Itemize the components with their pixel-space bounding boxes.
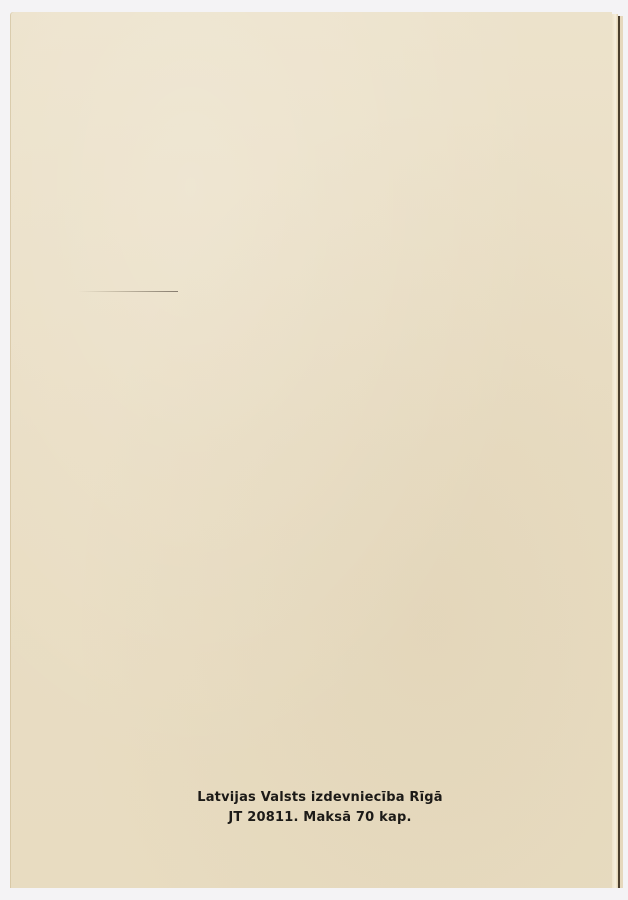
publisher-imprint: Latvijas Valsts izdevniecība Rīgā JT 208… bbox=[150, 788, 490, 828]
catalog-price-line: JT 20811. Maksā 70 kap. bbox=[150, 808, 490, 828]
spine-edge bbox=[620, 16, 623, 888]
paper-crease-mark bbox=[78, 291, 178, 292]
back-cover-page bbox=[10, 12, 612, 888]
publisher-line: Latvijas Valsts izdevniecība Rīgā bbox=[150, 788, 490, 808]
